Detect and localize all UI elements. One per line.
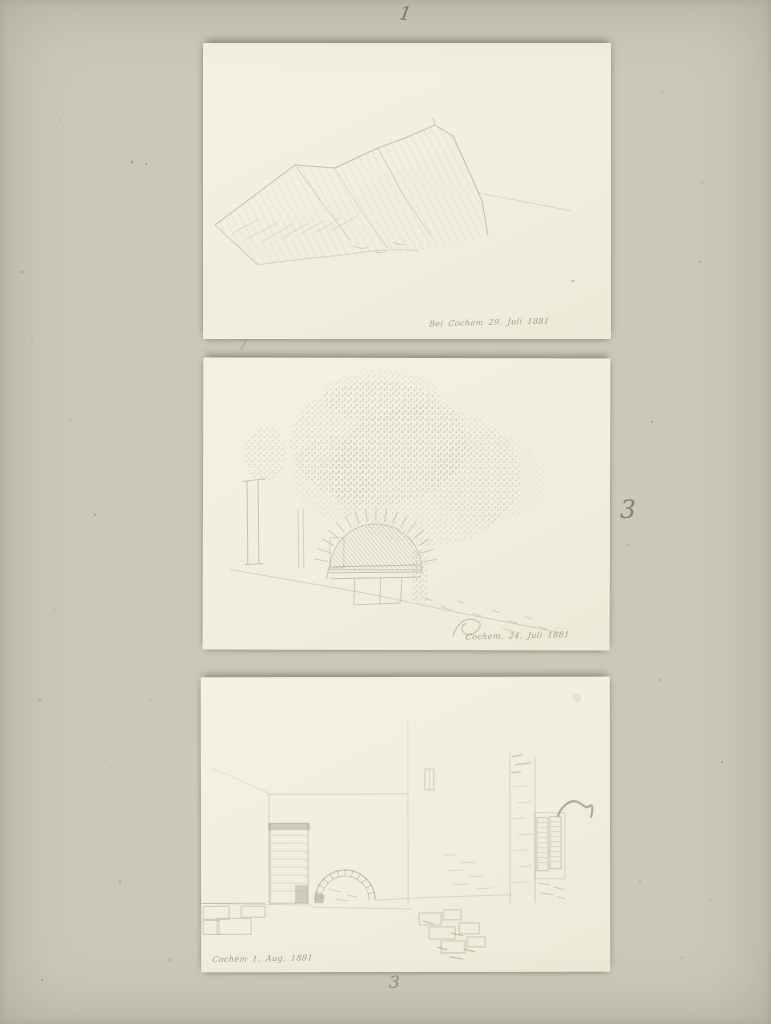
- sketch-sheet-arch-niche: Cochem. 24. Juli 1881: [203, 357, 611, 650]
- ruins-sketch-drawing: [201, 677, 611, 973]
- page-number-bottom: 3: [389, 975, 400, 992]
- mountain-sketch-drawing: [203, 43, 611, 339]
- sketch-sheet-ruins: Cochem 1. Aug. 1881: [201, 677, 611, 973]
- album-page: 1 3 3 Bei Cochem 29. Juli 1881: [0, 0, 771, 1024]
- page-number-top: 1: [398, 4, 413, 25]
- arch-niche-sketch-drawing: [203, 357, 611, 650]
- sketch-sheet-mountain: Bei Cochem 29. Juli 1881: [203, 43, 611, 339]
- page-number-right: 3: [620, 497, 636, 522]
